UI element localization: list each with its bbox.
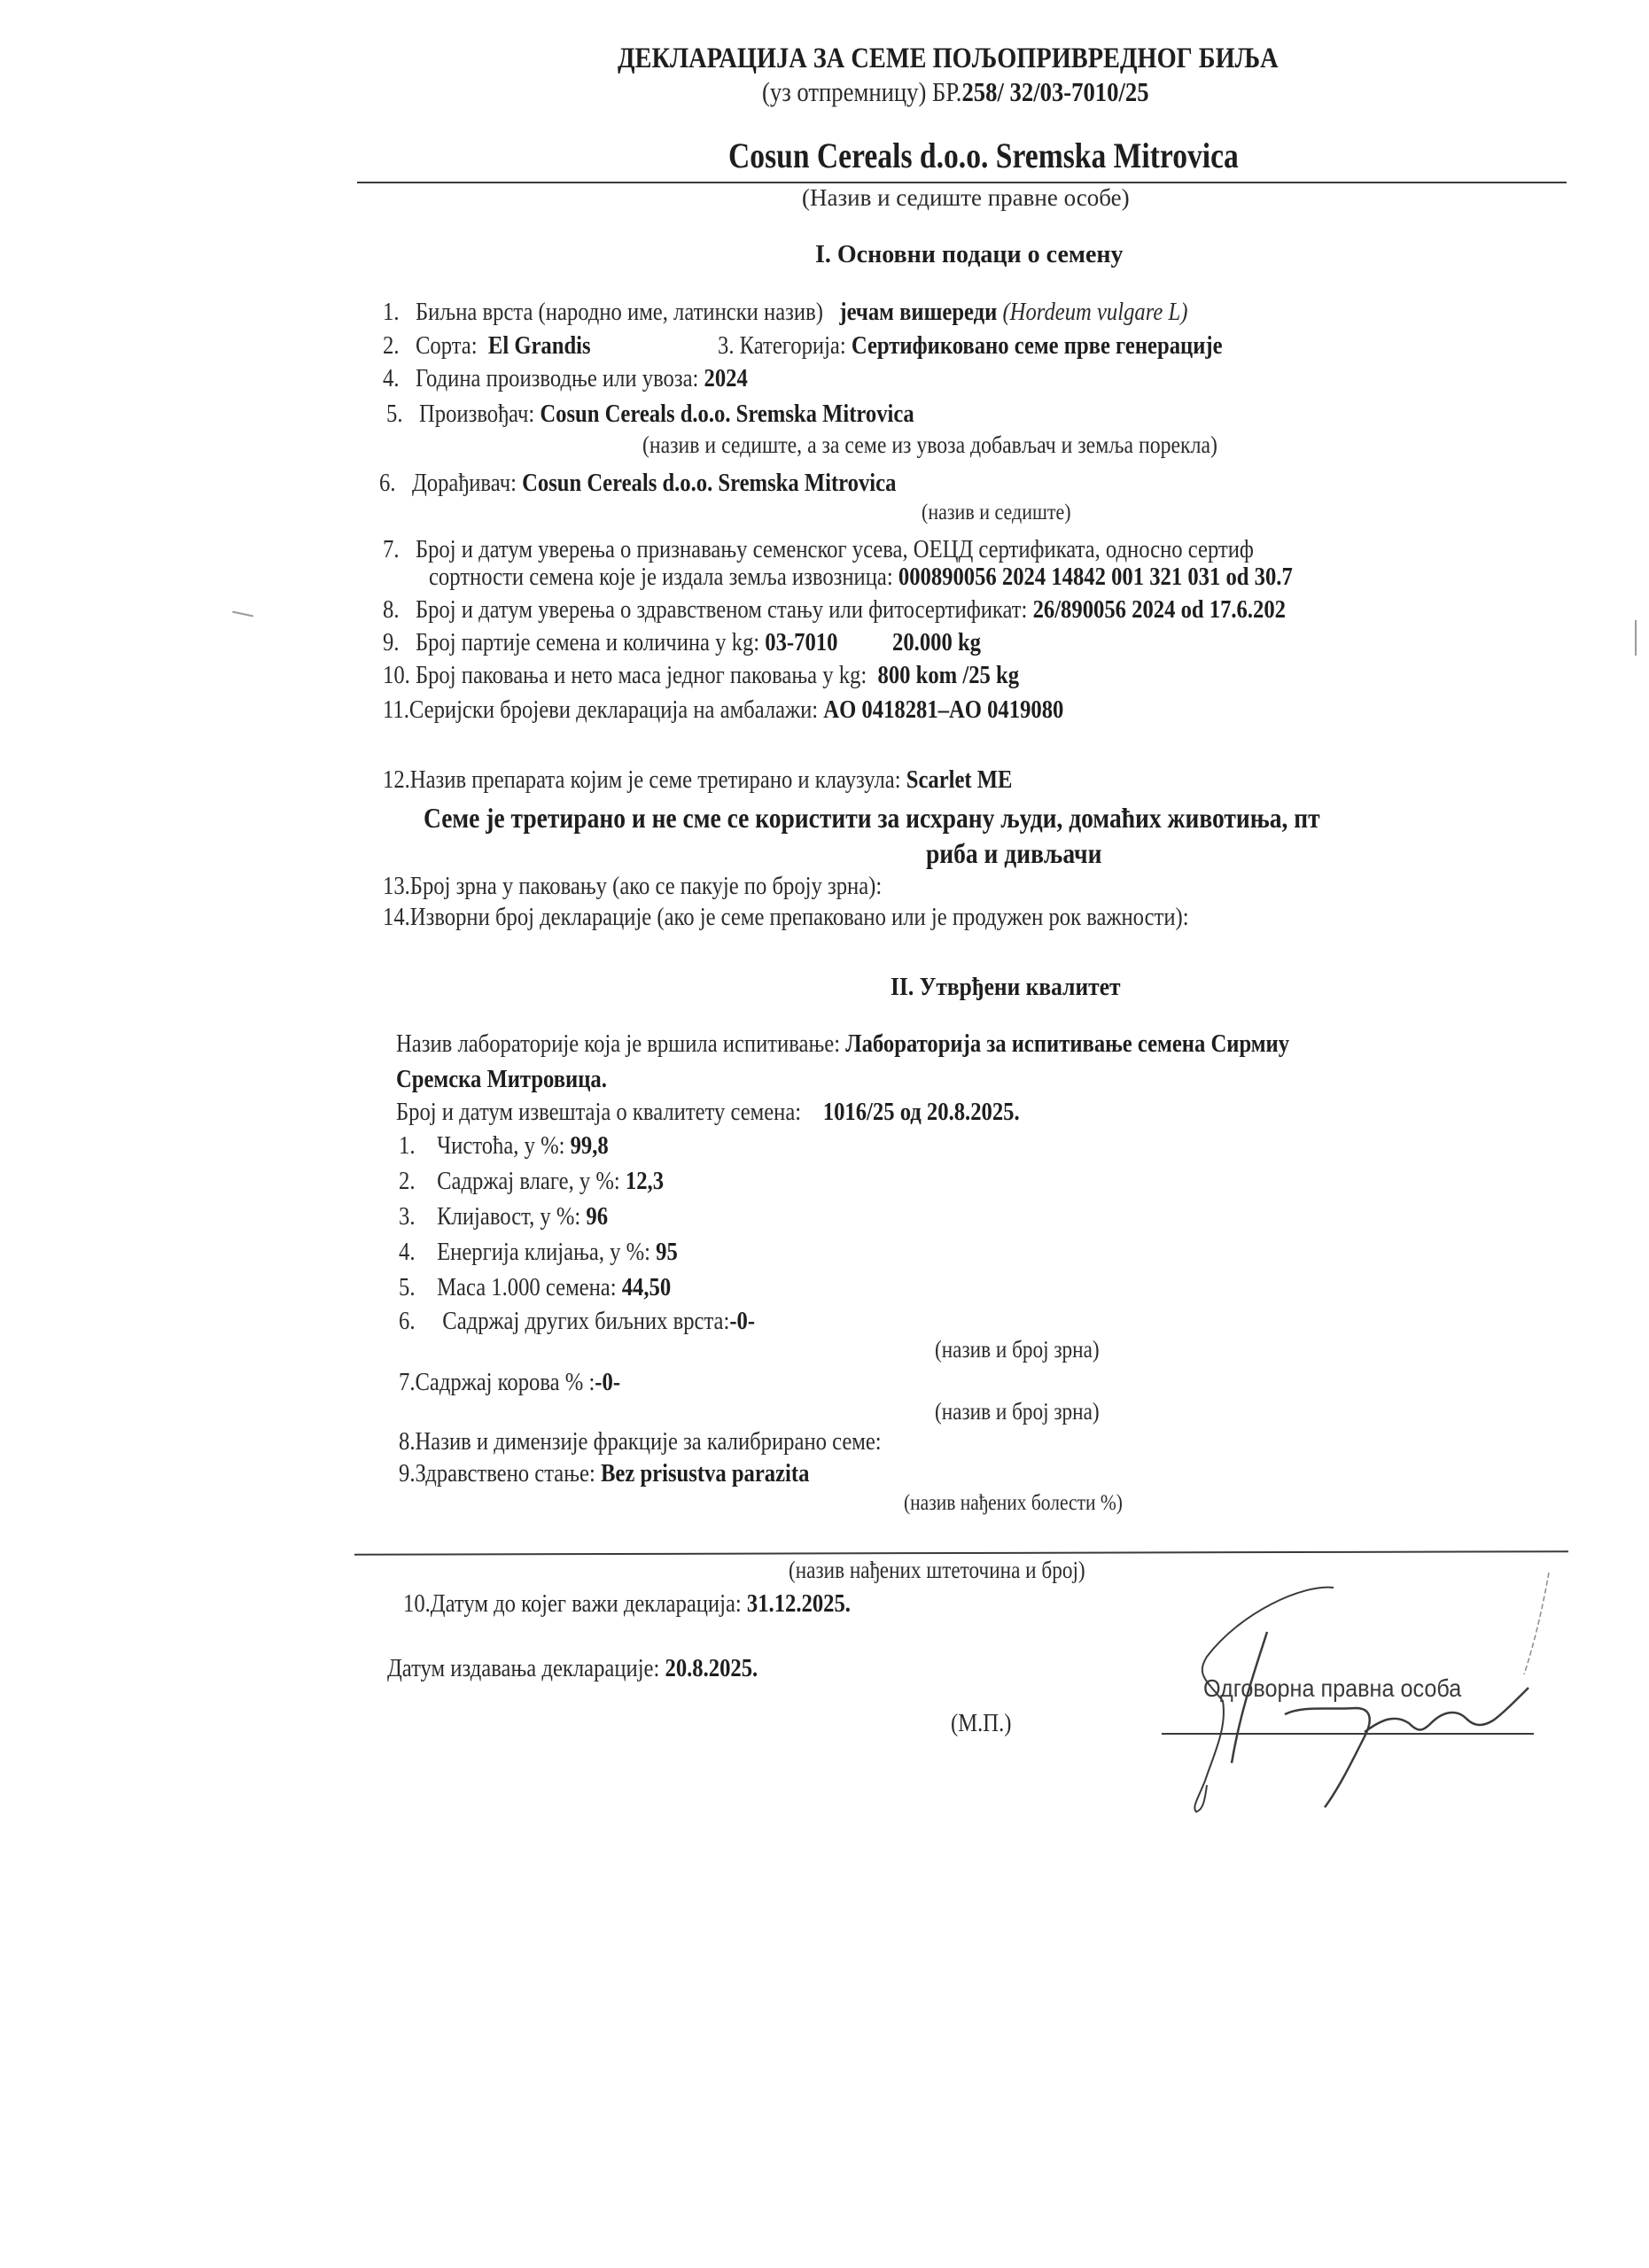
- scan-mark: [232, 611, 253, 617]
- item-original-declaration: 14.Изворни број декларације (ако је семе…: [383, 904, 1189, 932]
- item-number: 7.: [399, 1369, 415, 1396]
- purity-value: 99,8: [571, 1132, 609, 1160]
- item-label: Дорађивач:: [412, 470, 517, 497]
- species-common-name: јечам вишереди: [839, 299, 997, 326]
- producer-caption: (назив и седиште, а за семе из увоза доб…: [642, 431, 1217, 459]
- item-label: Чистоћа, у %:: [437, 1132, 564, 1160]
- item-label: Број паковања и нето маса једног паковањ…: [416, 662, 867, 689]
- serial-numbers-value: AO 0418281–AO 0419080: [823, 696, 1063, 724]
- other-species-caption: (назив и број зрна): [935, 1336, 1100, 1363]
- item-number: 7.: [383, 536, 399, 563]
- item-label: Клијавост, у %:: [437, 1203, 580, 1231]
- item-number: 1.: [399, 1132, 415, 1160]
- treatment-warning-line1: Семе је третирано и не сме се користити …: [424, 802, 1320, 835]
- item-number: 2.: [383, 332, 399, 360]
- item-label: Сорта:: [416, 332, 478, 360]
- weeds-caption: (назив и број зрна): [935, 1398, 1100, 1425]
- item-label: Број партије семена и количина у kg:: [416, 629, 759, 656]
- quantity-value: 20.000 kg: [892, 629, 981, 656]
- item-variety: 2. Сорта: El Grandis: [383, 332, 591, 361]
- item-label: Изворни број декларације (ако је семе пр…: [410, 904, 1189, 931]
- item-label: Здравствено стање:: [415, 1460, 595, 1487]
- quality-calibration: 8.Назив и димензије фракције за калибрир…: [399, 1428, 882, 1456]
- item-label: Категорија:: [740, 332, 846, 360]
- item-label: Број и датум уверења о здравственом стањ…: [416, 596, 1027, 624]
- item-label: Биљна врста (народно име, латински назив…: [416, 299, 823, 326]
- treatment-value: Scarlet ME: [906, 766, 1013, 794]
- phyto-certificate-value: 26/890056 2024 od 17.6.202: [1033, 596, 1286, 624]
- item-number: 9.: [383, 629, 399, 656]
- quality-germination: 3. Клијавост, у %: 96: [399, 1203, 608, 1231]
- variety-value: El Grandis: [488, 332, 591, 360]
- pests-line: [354, 1550, 1568, 1556]
- item-label: Назив и димензије фракције за калибриран…: [415, 1428, 881, 1456]
- item-number: 9.: [399, 1460, 415, 1487]
- item-serial-numbers: 11.Серијски бројеви декларација на амбал…: [383, 696, 1063, 725]
- laboratory-line: Назив лабораторије која је вршила испити…: [396, 1030, 1289, 1059]
- germination-value: 96: [586, 1203, 608, 1231]
- thousand-seed-mass-value: 44,50: [622, 1274, 671, 1301]
- item-phyto-certificate: 8. Број и датум уверења о здравственом с…: [383, 596, 1286, 625]
- company-caption: (Назив и седиште правне особе): [802, 184, 1130, 212]
- quality-other-species: 6. Садржај других биљних врста:-0-: [399, 1308, 755, 1336]
- declaration-validity: 10.Датум до којег важи декларација: 31.1…: [403, 1590, 851, 1619]
- item-label: сортности семена које је издала земља из…: [429, 563, 893, 591]
- item-number: 8.: [399, 1428, 415, 1456]
- report-label: Број и датум извештаја о квалитету семен…: [396, 1099, 801, 1126]
- production-year-value: 2024: [704, 365, 748, 392]
- item-label: Година производње или увоза:: [416, 365, 698, 392]
- item-label: Број зрна у паковању (ако се пакује по б…: [410, 873, 882, 900]
- item-label: Серијски бројеви декларација на амбалажи…: [409, 696, 818, 724]
- health-status-value: Bez prisustva parazita: [601, 1460, 809, 1487]
- document-subtitle: (уз отпремницу) БР.258/ 32/03-7010/25: [762, 76, 1149, 108]
- item-number: 11.: [383, 696, 409, 724]
- company-name: Cosun Cereals d.o.o. Sremska Mitrovica: [728, 135, 1239, 176]
- item-label: Датум до којег важи декларација:: [431, 1590, 742, 1618]
- packages-value: 800 kom /25 kg: [878, 662, 1020, 689]
- issue-date-label: Датум издавања декларације:: [387, 1655, 659, 1682]
- pests-caption: (назив нађених штеточина и број): [789, 1557, 1085, 1584]
- weeds-value: -0-: [595, 1369, 620, 1396]
- item-label: Број и датум уверења о признавању семенс…: [416, 536, 1254, 563]
- lot-number-value: 03-7010: [765, 629, 837, 656]
- item-treatment: 12.Назив препарата којим је семе третира…: [383, 766, 1012, 795]
- health-status-caption: (назив нађених болести %): [904, 1491, 1123, 1516]
- issue-date-line: Датум издавања декларације: 20.8.2025.: [387, 1655, 758, 1683]
- section-1-heading: I. Основни подаци о семену: [815, 241, 1124, 269]
- item-producer: 5. Произвођач: Cosun Cereals d.o.o. Srem…: [386, 400, 914, 429]
- processor-value: Cosun Cereals d.o.o. Sremska Mitrovica: [522, 470, 896, 497]
- certificate-value: 000890056 2024 14842 001 321 031 od 30.7: [898, 563, 1293, 591]
- item-number: 2.: [399, 1168, 415, 1195]
- scan-mark: [1635, 620, 1637, 656]
- quality-moisture: 2. Садржај влаге, у %: 12,3: [399, 1168, 664, 1196]
- treatment-warning-line2: риба и дивљачи: [926, 837, 1101, 870]
- category-value: Сертификовано семе прве генерације: [852, 332, 1223, 360]
- item-certificate-line1: 7. Број и датум уверења о признавању сем…: [383, 536, 1254, 564]
- laboratory-value: Лабораторија за испитивање семена Сирмиу: [845, 1030, 1289, 1058]
- issue-date-value: 20.8.2025.: [665, 1655, 758, 1682]
- quality-thousand-seed-mass: 5. Маса 1.000 семена: 44,50: [399, 1274, 671, 1302]
- stamp-placeholder: (М.П.): [951, 1710, 1011, 1738]
- item-label: Произвођач:: [419, 400, 534, 428]
- item-label: Енергија клијања, у %:: [437, 1239, 650, 1266]
- producer-value: Cosun Cereals d.o.o. Sremska Mitrovica: [540, 400, 914, 428]
- processor-caption: (назив и седиште): [922, 501, 1071, 525]
- item-label: Садржај влаге, у %:: [437, 1168, 620, 1195]
- validity-value: 31.12.2025.: [747, 1590, 851, 1618]
- item-number: 6.: [399, 1308, 415, 1335]
- item-label: Маса 1.000 семена:: [437, 1274, 616, 1301]
- item-processor: 6. Дорађивач: Cosun Cereals d.o.o. Srems…: [379, 470, 896, 498]
- item-number: 13.: [383, 873, 410, 900]
- item-number: 8.: [383, 596, 399, 624]
- item-number: 5.: [399, 1274, 415, 1301]
- item-seed-count: 13.Број зрна у паковању (ако се пакује п…: [383, 873, 882, 901]
- laboratory-label: Назив лабораторије која је вршила испити…: [396, 1030, 840, 1058]
- quality-germination-energy: 4. Енергија клијања, у %: 95: [399, 1239, 678, 1267]
- item-packages: 10. Број паковања и нето маса једног пак…: [383, 662, 1019, 690]
- item-number: 14.: [383, 904, 410, 931]
- company-underline: [357, 182, 1567, 183]
- quality-weeds: 7.Садржај корова % :-0-: [399, 1369, 620, 1397]
- quality-report-line: Број и датум извештаја о квалитету семен…: [396, 1099, 1020, 1127]
- delivery-note-number: 258/ 32/03-7010/25: [961, 76, 1148, 107]
- quality-purity: 1. Чистоћа, у %: 99,8: [399, 1132, 609, 1161]
- quality-health-status: 9.Здравствено стање: Bez prisustva paraz…: [399, 1460, 809, 1488]
- species-latin-name: (Hordeum vulgare L): [1002, 299, 1187, 326]
- item-number: 3.: [399, 1203, 415, 1231]
- item-number: 1.: [383, 299, 399, 326]
- document-title: ДЕКЛАРАЦИЈА ЗА СЕМЕ ПОЉОПРИВРЕДНОГ БИЉА: [618, 43, 1279, 75]
- item-plant-species: 1. Биљна врста (народно име, латински на…: [383, 299, 1187, 327]
- item-number: 6.: [379, 470, 395, 497]
- item-label: Садржај других биљних врста:: [442, 1308, 729, 1335]
- item-certificate-line2: сортности семена које је издала земља из…: [429, 563, 1293, 592]
- report-value: 1016/25 од 20.8.2025.: [823, 1099, 1020, 1126]
- item-lot-number: 9. Број партије семена и количина у kg: …: [383, 629, 981, 657]
- item-number: 5.: [386, 400, 402, 428]
- section-2-heading: II. Утврђени квалитет: [891, 973, 1121, 1002]
- moisture-value: 12,3: [626, 1168, 664, 1195]
- subtitle-label: (уз отпремницу) БР.: [762, 76, 961, 107]
- item-number: 4.: [399, 1239, 415, 1266]
- signature-icon: [1152, 1559, 1649, 1860]
- item-number: 3.: [718, 332, 734, 360]
- item-category: 3. Категорија: Сертификовано семе прве г…: [718, 332, 1223, 361]
- item-production-year: 4. Година производње или увоза: 2024: [383, 365, 748, 393]
- item-number: 10.: [403, 1590, 431, 1618]
- item-label: Садржај корова % :: [415, 1369, 595, 1396]
- item-number: 10.: [383, 662, 410, 689]
- other-species-value: -0-: [729, 1308, 755, 1335]
- item-label: Назив препарата којим је семе третирано …: [410, 766, 901, 794]
- germination-energy-value: 95: [656, 1239, 678, 1266]
- laboratory-city: Сремска Митровица.: [396, 1066, 607, 1094]
- item-number: 4.: [383, 365, 399, 392]
- item-number: 12.: [383, 766, 410, 794]
